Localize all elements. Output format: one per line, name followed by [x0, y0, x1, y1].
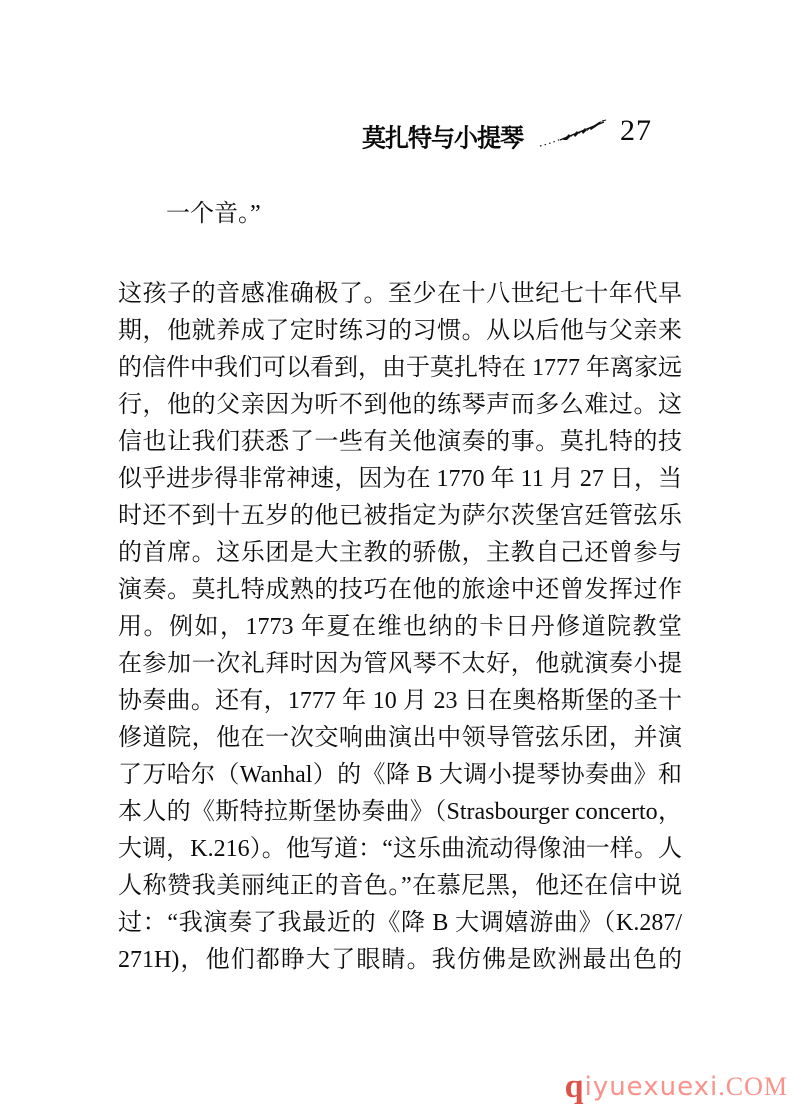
- quote-ending-line: 一个音。”: [118, 196, 682, 233]
- paragraph-line: 协奏曲。还有，1777 年 10 月 23 日在奥格斯堡的圣十字: [118, 683, 682, 720]
- paragraph-line: 在参加一次礼拜时因为管风琴不太好，他就演奏小提琴: [118, 646, 682, 683]
- paragraph-line: 用。例如，1773 年夏在维也纳的卡日丹修道院教堂里，: [118, 609, 682, 646]
- quill-flourish-icon: [536, 118, 610, 150]
- paragraph-line: 行，他的父亲因为听不到他的练琴声而多么难过。这些: [118, 387, 682, 424]
- paragraph-line: 大调，K.216）。他写道：“这乐曲流动得像油一样。人: [118, 831, 682, 868]
- paragraph-line: 信也让我们获悉了一些有关他演奏的事。莫扎特的技艺: [118, 424, 682, 461]
- book-page: 莫扎特与小提琴 27 一个音。” 这孩子的音感准确极了。至少在十八世纪七十年代早…: [0, 0, 794, 1120]
- watermark-name: iyuexuexi: [585, 1072, 719, 1102]
- paragraph-line: 了万哈尔（Wanhal）的《降 B 大调小提琴协奏曲》和他: [118, 757, 682, 794]
- paragraph-line: 过：“我演奏了我最近的《降 B 大调嬉游曲》（K.287/: [118, 905, 682, 942]
- site-watermark: qiyuexuexi.COM: [565, 1070, 788, 1108]
- chapter-title: 莫扎特与小提琴: [362, 117, 523, 154]
- paragraph-line: 这孩子的音感准确极了。至少在十八世纪七十年代早: [118, 276, 682, 313]
- paragraph-line: 演奏。莫扎特成熟的技巧在他的旅途中还曾发挥过作: [118, 572, 682, 609]
- watermark-domain: .COM: [718, 1072, 788, 1101]
- paragraph-line: 修道院，他在一次交响曲演出中领导管弦乐团，并演奏: [118, 720, 682, 757]
- paragraph-line: 人称赞我美丽纯正的音色。”在慕尼黑，他还在信中说: [118, 868, 682, 905]
- paragraph-line: 的信件中我们可以看到，由于莫扎特在 1777 年离家远: [118, 350, 682, 387]
- page-number: 27: [620, 114, 652, 148]
- paragraph-line: 时还不到十五岁的他已被指定为萨尔茨堡宫廷管弦乐团: [118, 498, 682, 535]
- paragraph-line: 似乎进步得非常神速，因为在 1770 年 11 月 27 日，当: [118, 461, 682, 498]
- paragraph-line: 期，他就养成了定时练习的习惯。从以后他与父亲来往: [118, 313, 682, 350]
- main-paragraph: 这孩子的音感准确极了。至少在十八世纪七十年代早期，他就养成了定时练习的习惯。从以…: [118, 276, 682, 979]
- paragraph-line: 的首席。这乐团是大主教的骄傲，主教自己还曾参与过: [118, 535, 682, 572]
- watermark-initial: q: [565, 1068, 585, 1105]
- paragraph-line: 本人的《斯特拉斯堡协奏曲》（Strasbourger concerto，G: [118, 794, 682, 831]
- paragraph-line: 271H)，他们都睁大了眼睛。我仿佛是欧洲最出色的小: [118, 942, 682, 979]
- running-head: 莫扎特与小提琴 27: [0, 112, 794, 160]
